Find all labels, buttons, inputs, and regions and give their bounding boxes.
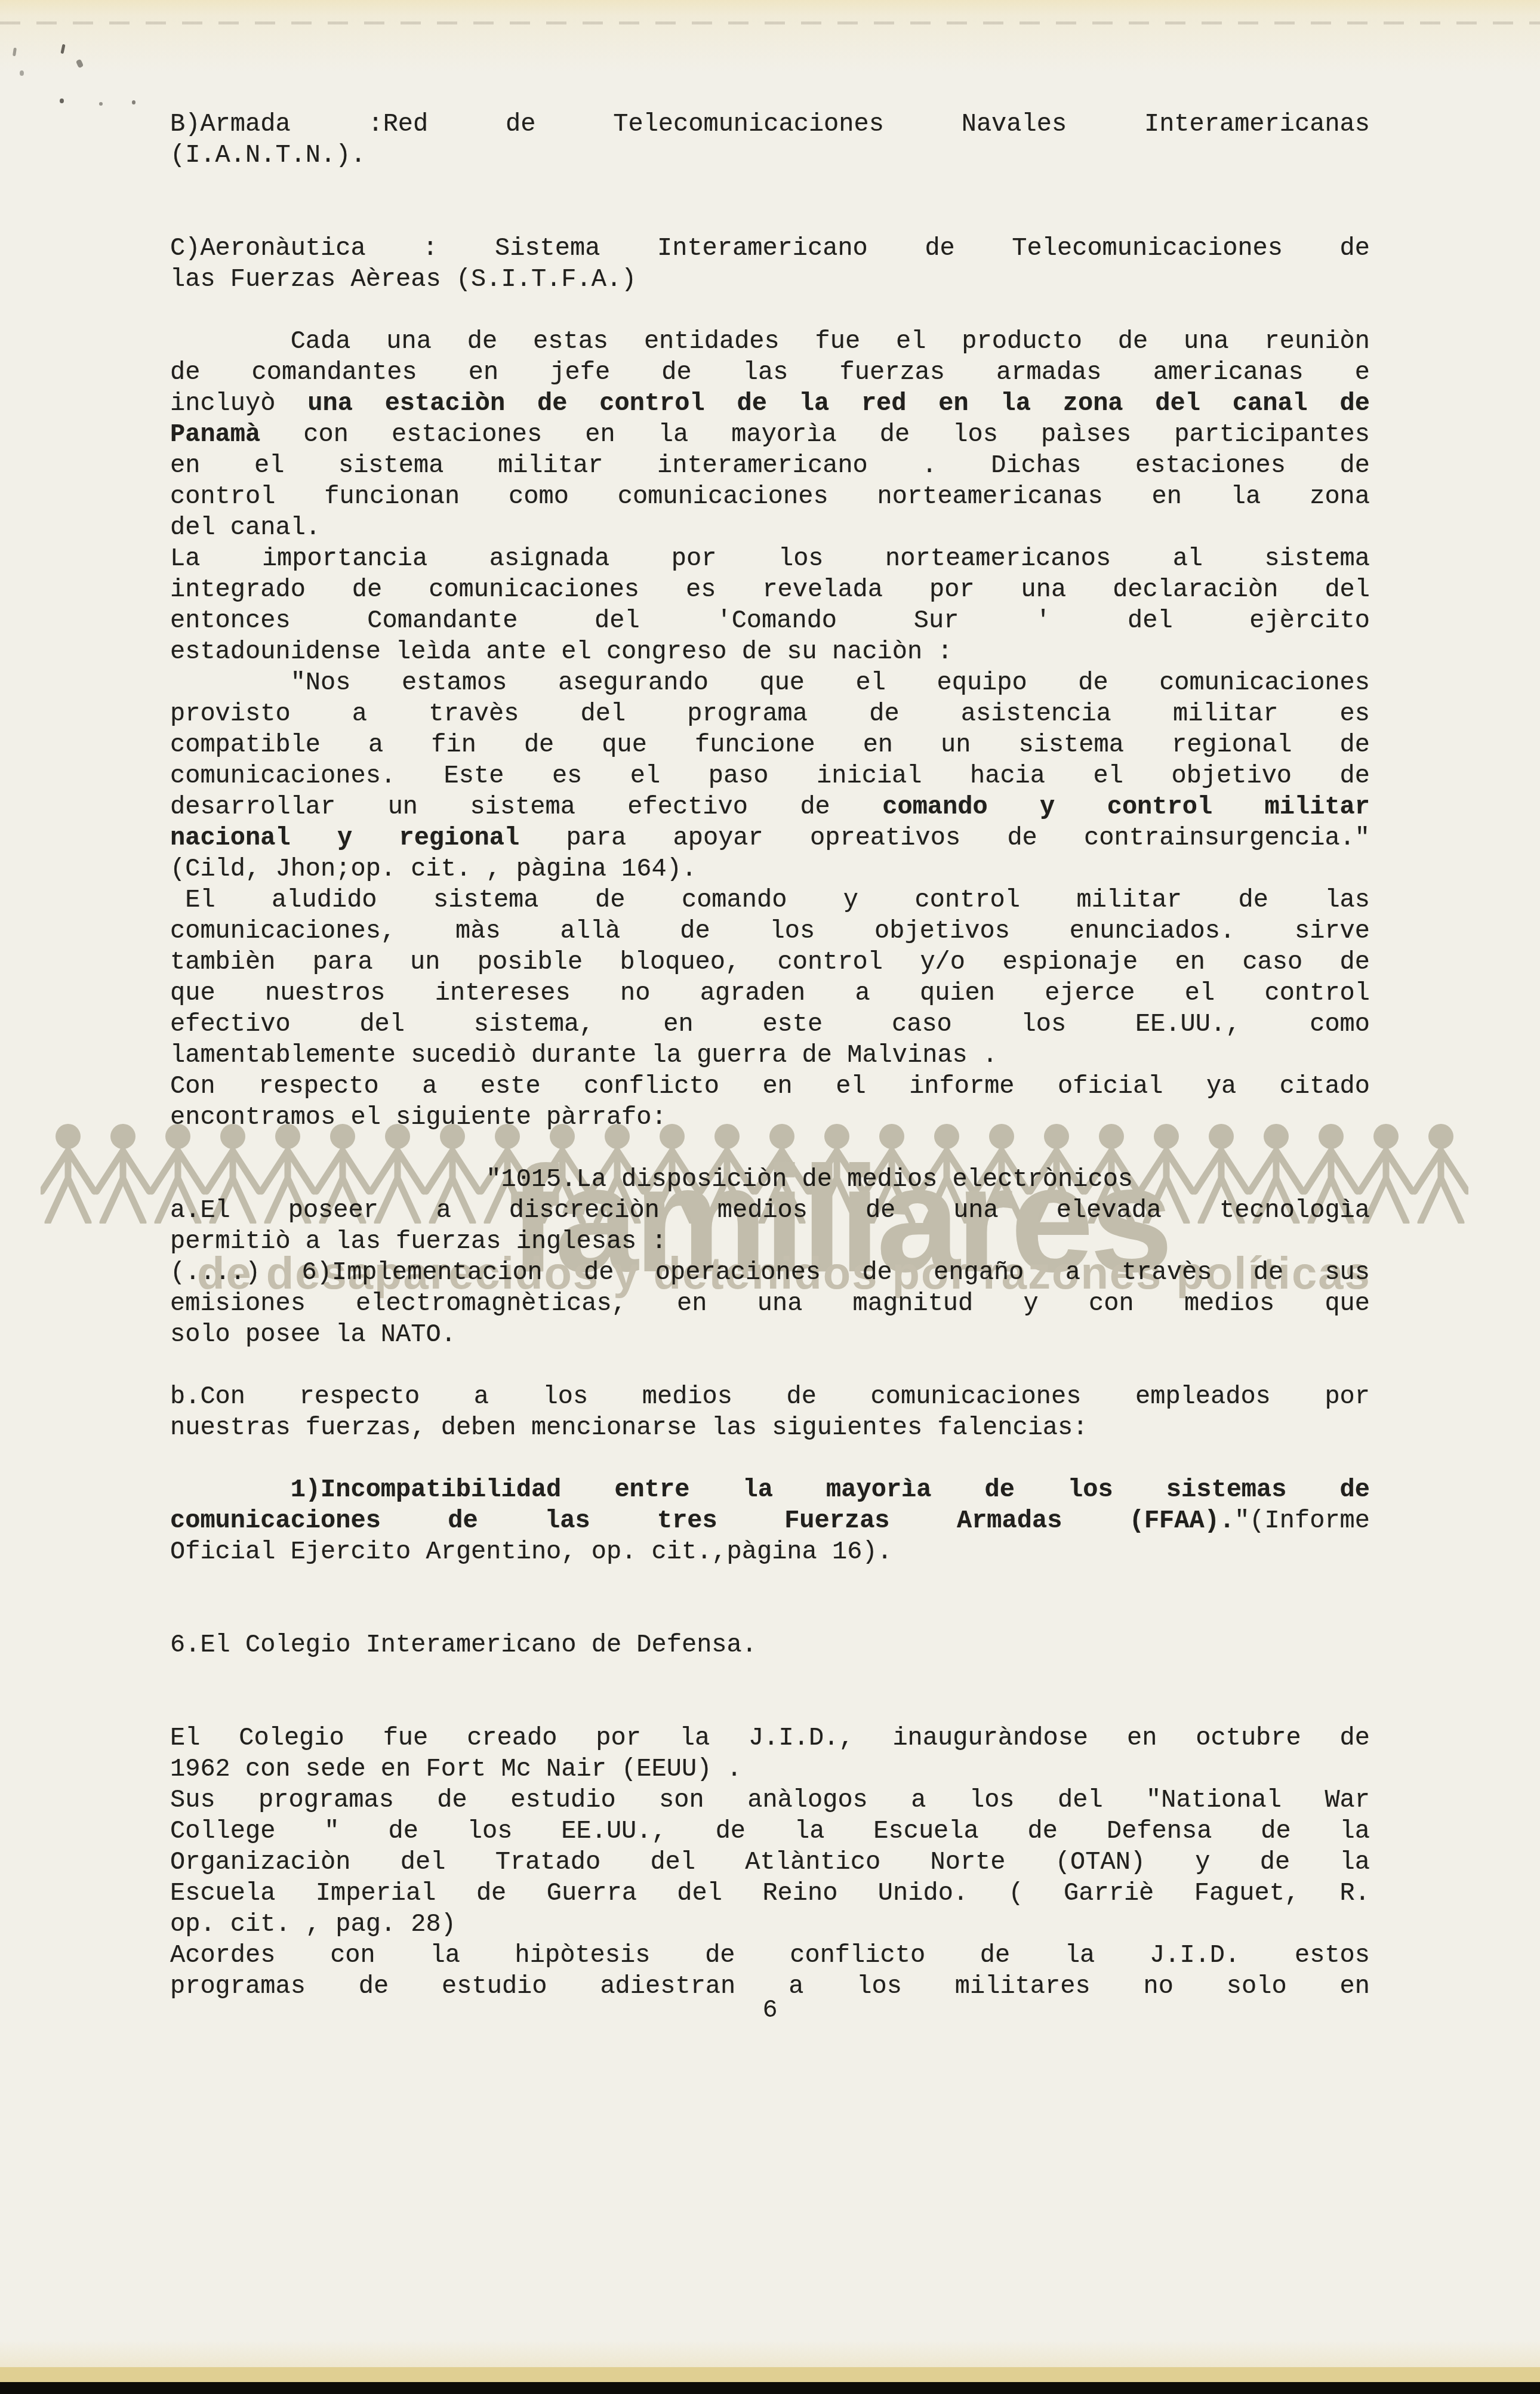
ink-speck	[60, 98, 64, 103]
text-line: del canal.	[170, 512, 1370, 543]
scan-artifact-dashed-line	[0, 21, 1540, 24]
text-line: Acordes con la hipòtesis de conflicto de…	[170, 1940, 1370, 1971]
text-line: La importancia asignada por los norteame…	[170, 543, 1370, 574]
text-line: tambièn para un posible bloqueo, control…	[170, 947, 1370, 978]
text-line: efectivo del sistema, en este caso los E…	[170, 1009, 1370, 1040]
text-line: Con respecto a este conflicto en el info…	[170, 1071, 1370, 1102]
text-line: solo posee la NATO.	[170, 1319, 1370, 1350]
blank-line	[170, 1443, 1370, 1474]
blank-line	[170, 1350, 1370, 1381]
blank-line	[170, 1660, 1370, 1723]
text-line: Cada una de estas entidades fue el produ…	[170, 326, 1370, 357]
ink-speck	[20, 70, 24, 76]
text-line: a.El poseer a discreciòn medios de una e…	[170, 1195, 1370, 1226]
blank-line	[170, 171, 1370, 233]
ink-speck	[132, 100, 135, 104]
text-line: "Nos estamos asegurando que el equipo de…	[170, 667, 1370, 698]
text-line: entonces Comandante del 'Comando Sur ' d…	[170, 605, 1370, 636]
text-line: Sus programas de estudio son anàlogos a …	[170, 1785, 1370, 1816]
ink-speck	[60, 44, 65, 54]
text-line: College " de los EE.UU., de la Escuela d…	[170, 1816, 1370, 1847]
text-line: que nuestros intereses no agraden a quie…	[170, 978, 1370, 1009]
text-line: lamentablemente sucediò durante la guerr…	[170, 1040, 1370, 1071]
blank-line	[170, 295, 1370, 326]
text-line: 6.El Colegio Interamericano de Defensa.	[170, 1629, 1370, 1660]
text-line: comunicaciones de las tres Fuerzas Armad…	[170, 1505, 1370, 1536]
text-line: "1015.La disposiciòn de medios electròni…	[170, 1164, 1370, 1195]
text-line: nacional y regional para apoyar opreativ…	[170, 822, 1370, 854]
ink-speck	[99, 102, 103, 106]
blank-line	[170, 1567, 1370, 1629]
text-line: op. cit. , pag. 28)	[170, 1909, 1370, 1940]
text-line: (....) 6)Implementacion de operaciones d…	[170, 1257, 1370, 1288]
ink-speck	[76, 59, 84, 69]
text-line: (I.A.N.T.N.).	[170, 140, 1370, 171]
text-line: Oficial Ejercito Argentino, op. cit.,pàg…	[170, 1536, 1370, 1567]
text-line: encontramos el siguiente pàrrafo:	[170, 1102, 1370, 1133]
text-line: emisiones electromagnèticas, en una magn…	[170, 1288, 1370, 1319]
text-line: las Fuerzas Aèreas (S.I.T.F.A.)	[170, 264, 1370, 295]
text-line: comunicaciones. Este es el paso inicial …	[170, 760, 1370, 791]
text-line: El Colegio fue creado por la J.I.D., ina…	[170, 1723, 1370, 1754]
text-line: de comandantes en jefe de las fuerzas ar…	[170, 357, 1370, 388]
text-line: Panamà con estaciones en la mayorìa de l…	[170, 419, 1370, 450]
text-line: b.Con respecto a los medios de comunicac…	[170, 1381, 1370, 1412]
text-line: incluyò una estaciòn de control de la re…	[170, 388, 1370, 419]
text-line: (Cild, Jhon;op. cit. , pàgina 164).	[170, 854, 1370, 885]
text-line: 1962 con sede en Fort Mc Nair (EEUU) .	[170, 1754, 1370, 1785]
scanned-document-page: { "page": { "number": "6", "background_c…	[0, 0, 1540, 2394]
ink-speck	[13, 48, 17, 57]
page-number: 6	[170, 1995, 1370, 2026]
blank-line	[170, 1133, 1370, 1164]
text-line: 1)Incompatibilidad entre la mayorìa de l…	[170, 1474, 1370, 1505]
document-text: B)Armada :Red de Telecomunicaciones Nava…	[170, 109, 1370, 2002]
text-line: El aludido sistema de comando y control …	[170, 885, 1370, 916]
text-line: en el sistema militar interamericano . D…	[170, 450, 1370, 481]
text-line: compatible a fin de que funcione en un s…	[170, 729, 1370, 760]
text-line: C)Aeronàutica : Sistema Interamericano d…	[170, 233, 1370, 264]
scan-edge-black-band	[0, 2382, 1540, 2394]
scan-edge-yellow-band	[0, 2367, 1540, 2384]
text-line: estadounidense leìda ante el congreso de…	[170, 636, 1370, 667]
text-line: desarrollar un sistema efectivo de coman…	[170, 791, 1370, 822]
text-line: permitiò a las fuerzas inglesas :	[170, 1226, 1370, 1257]
text-line: control funcionan como comunicaciones no…	[170, 481, 1370, 512]
text-line: provisto a travès del programa de asiste…	[170, 698, 1370, 729]
text-line: Organizaciòn del Tratado del Atlàntico N…	[170, 1847, 1370, 1878]
text-line: Escuela Imperial de Guerra del Reino Uni…	[170, 1878, 1370, 1909]
text-line: B)Armada :Red de Telecomunicaciones Nava…	[170, 109, 1370, 140]
text-line: nuestras fuerzas, deben mencionarse las …	[170, 1412, 1370, 1443]
text-line: integrado de comunicaciones es revelada …	[170, 574, 1370, 605]
text-line: comunicaciones, màs allà de los objetivo…	[170, 916, 1370, 947]
